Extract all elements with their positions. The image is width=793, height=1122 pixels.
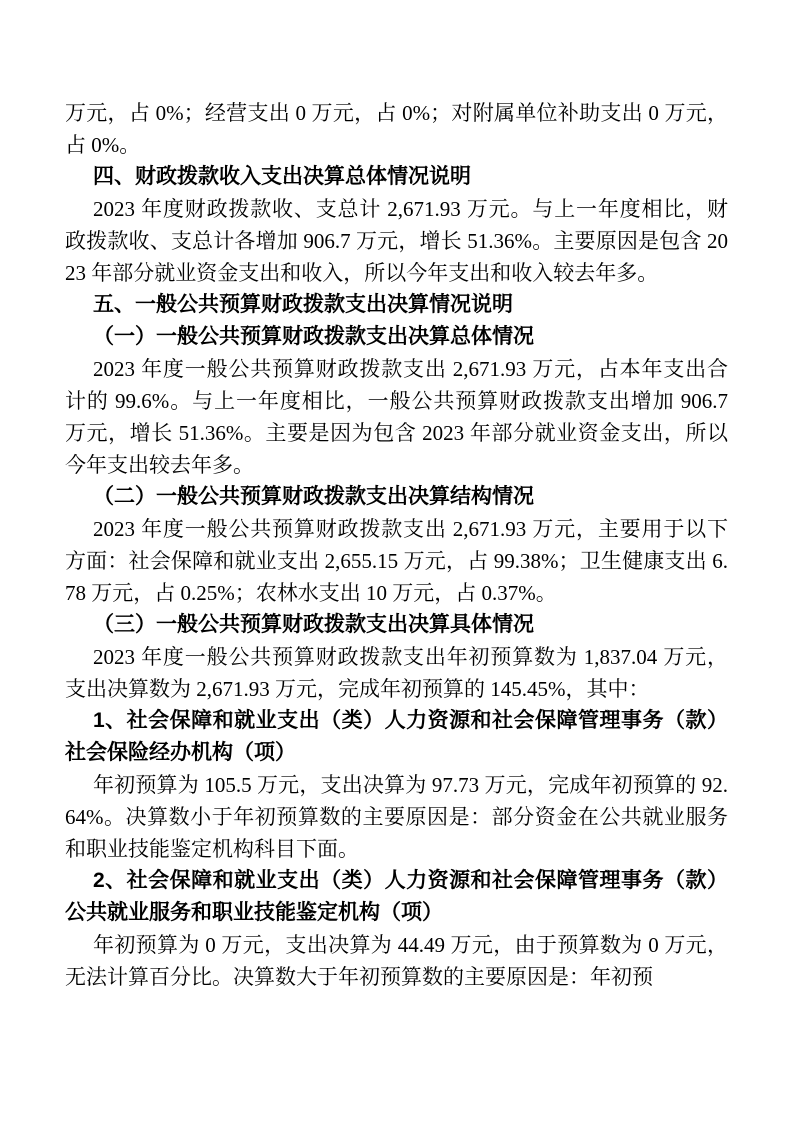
subsection-heading: （三）一般公共预算财政拨款支出决算具体情况 <box>65 609 728 641</box>
subsection-heading: （一）一般公共预算财政拨款支出决算总体情况 <box>65 321 728 353</box>
paragraph: 2023 年度一般公共预算财政拨款支出 2,671.93 万元，主要用于以下方面… <box>65 513 728 609</box>
subsection-heading: （二）一般公共预算财政拨款支出决算结构情况 <box>65 481 728 513</box>
paragraph: 万元，占 0%；经营支出 0 万元，占 0%；对附属单位补助支出 0 万元，占 … <box>65 97 728 161</box>
paragraph: 年初预算为 0 万元，支出决算为 44.49 万元，由于预算数为 0 万元，无法… <box>65 929 728 993</box>
paragraph: 2023 年度一般公共预算财政拨款支出年初预算数为 1,837.04 万元，支出… <box>65 641 728 705</box>
section-heading: 五、一般公共预算财政拨款支出决算情况说明 <box>65 289 728 321</box>
paragraph: 2023 年度财政拨款收、支总计 2,671.93 万元。与上一年度相比，财政拨… <box>65 193 728 289</box>
document-page: 万元，占 0%；经营支出 0 万元，占 0%；对附属单位补助支出 0 万元，占 … <box>0 0 793 1122</box>
paragraph: 2023 年度一般公共预算财政拨款支出 2,671.93 万元，占本年支出合计的… <box>65 353 728 481</box>
paragraph: 年初预算为 105.5 万元，支出决算为 97.73 万元，完成年初预算的 92… <box>65 769 728 865</box>
item-heading: 1、社会保障和就业支出（类）人力资源和社会保障管理事务（款）社会保险经办机构（项… <box>65 705 728 769</box>
item-heading: 2、社会保障和就业支出（类）人力资源和社会保障管理事务（款）公共就业服务和职业技… <box>65 865 728 929</box>
section-heading: 四、财政拨款收入支出决算总体情况说明 <box>65 161 728 193</box>
